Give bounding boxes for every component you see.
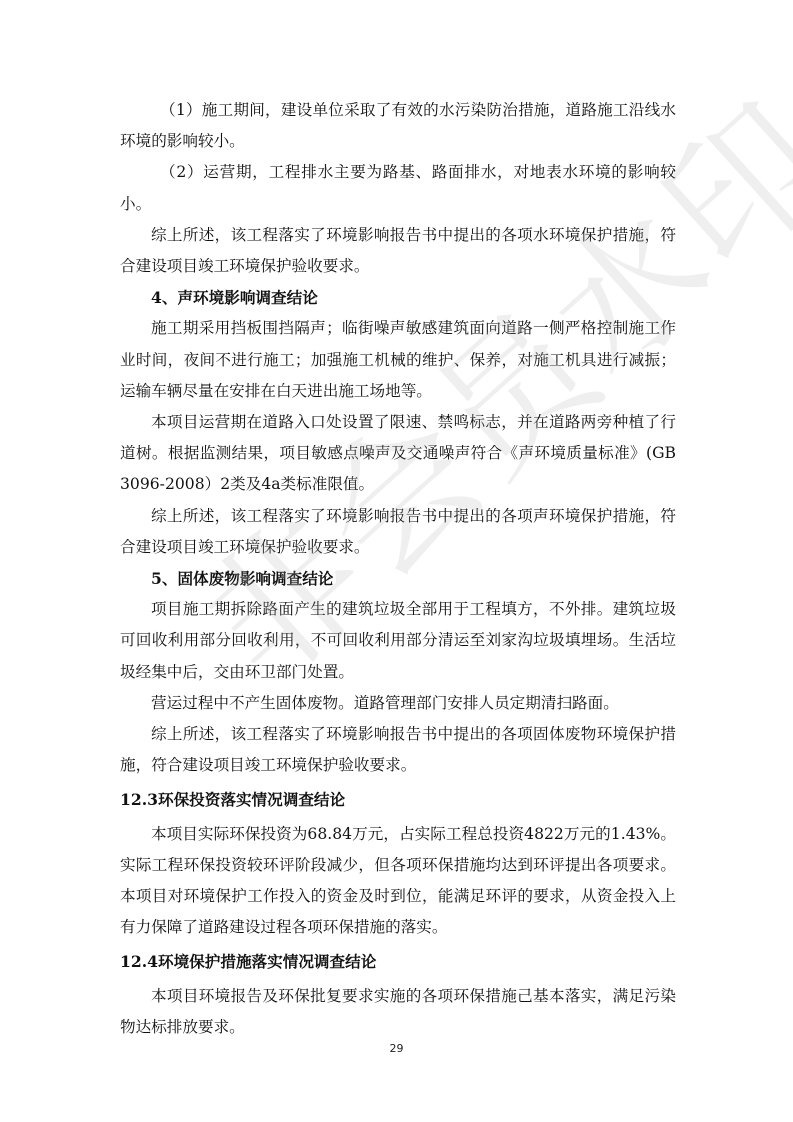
paragraph-construction-water: （1）施工期间，建设单位采取了有效的水污染防治措施，道路施工沿线水环境的影响较小…: [120, 95, 676, 157]
paragraph-noise-construction: 施工期采用挡板围挡隔声；临街噪声敏感建筑面向道路一侧严格控制施工作业时间，夜间不…: [120, 313, 676, 407]
section-heading-12-3: 12.3环保投资落实情况调查结论: [120, 784, 676, 815]
page-content: （1）施工期间，建设单位采取了有效的水污染防治措施，道路施工沿线水环境的影响较小…: [120, 95, 676, 1043]
paragraph-solid-waste-construction: 项目施工期拆除路面产生的建筑垃圾全部用于工程填方，不外排。建筑垃圾可回收利用部分…: [120, 594, 676, 688]
paragraph-noise-operation: 本项目运营期在道路入口处设置了限速、禁鸣标志，并在道路两旁种植了行道树。根据监测…: [120, 407, 676, 501]
paragraph-operation-water: （2）运营期，工程排水主要为路基、路面排水，对地表水环境的影响较小。: [120, 157, 676, 219]
paragraph-solid-waste-summary: 综上所述，该工程落实了环境影响报告书中提出的各项固体废物环境保护措施，符合建设项…: [120, 719, 676, 781]
paragraph-measures-implementation: 本项目环境报告及环保批复要求实施的各项环保措施己基本落实，满足污染物达标排放要求…: [120, 981, 676, 1043]
subheading-noise-conclusion: 4、声环境影响调查结论: [120, 282, 676, 313]
section-heading-12-4: 12.4环境保护措施落实情况调查结论: [120, 946, 676, 977]
subheading-solid-waste-conclusion: 5、固体废物影响调查结论: [120, 563, 676, 594]
paragraph-investment: 本项目实际环保投资为68.84万元，占实际工程总投资4822万元的1.43%。实…: [120, 819, 676, 944]
document-page: （1）施工期间，建设单位采取了有效的水污染防治措施，道路施工沿线水环境的影响较小…: [0, 0, 793, 1122]
page-number: 29: [0, 1042, 793, 1055]
paragraph-solid-waste-operation: 营运过程中不产生固体废物。道路管理部门安排人员定期清扫路面。: [120, 688, 676, 719]
paragraph-noise-summary: 综上所述，该工程落实了环境影响报告书中提出的各项声环境保护措施，符合建设项目竣工…: [120, 501, 676, 563]
paragraph-water-summary: 综上所述，该工程落实了环境影响报告书中提出的各项水环境保护措施，符合建设项目竣工…: [120, 220, 676, 282]
